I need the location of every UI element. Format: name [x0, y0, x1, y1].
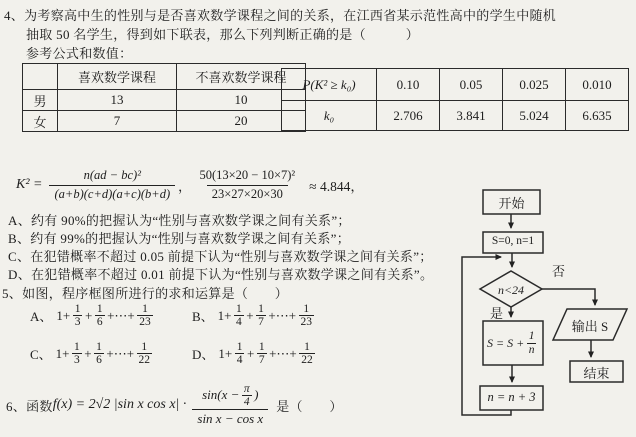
formula-approx: ≈ 4.844，: [309, 175, 364, 195]
output-label: 输出 S: [553, 316, 627, 335]
table-cell: [23, 64, 58, 90]
table-cell: 7: [58, 111, 177, 132]
table-cell: 0.05: [440, 69, 503, 101]
row-label: 女: [23, 111, 58, 132]
q6-fraction: sin(x − π4 ) sin x − cos x: [192, 383, 268, 427]
q6-prefix: 6、函数: [6, 396, 53, 415]
start-label: 开始: [483, 193, 540, 212]
table-row: k₀ 2.706 3.841 5.024 6.635: [282, 101, 629, 131]
q4-option-d: D、在犯错概率不超过 0.01 前提下认为“性别与喜欢数学课之间有关系”。: [8, 264, 433, 283]
critical-value-table: P(K² ≥ k₀) 0.10 0.05 0.025 0.010 k₀ 2.70…: [281, 68, 629, 131]
row-label: k₀: [282, 101, 377, 131]
q4-line3: 参考公式和数值：: [26, 43, 132, 62]
q6-function: f(x) = 2√2 |sin x cos x| ·: [53, 397, 187, 413]
fraction: 122: [299, 341, 315, 366]
table-row: 女 7 20: [23, 111, 306, 132]
formula-fraction-2: 50(13×20 − 10×7)² 23×27×20×30: [194, 168, 300, 202]
flowchart: 开始 S=0, n=1 n<24 否 是 S = S + 1n n = n + …: [440, 165, 636, 437]
q4-option-a: A、约有 90%的把握认为“性别与喜欢数学课之间有关系”；: [8, 210, 351, 229]
init-label: S=0, n=1: [483, 235, 543, 247]
question-5-prompt: 5、如图，程序框图所进行的求和运算是（ ）: [2, 283, 288, 302]
fraction: 14: [235, 341, 245, 366]
fraction: 123: [299, 303, 315, 328]
fraction: 17: [256, 303, 266, 328]
formula-fraction-1: n(ad − bc)² (a+b)(c+d)(a+c)(b+d): [49, 168, 175, 202]
q4-line1: 4、为考察高中生的性别与是否喜欢数学课程之间的关系，在江西省某示范性高中的学生中…: [4, 5, 556, 24]
fraction: 16: [95, 303, 105, 328]
pi-over-4-fraction: π4: [242, 383, 252, 408]
q4-line2: 抽取 50 名学生，得到如下联表，那么下列判断正确的是（ ）: [26, 24, 419, 43]
fraction: 122: [137, 341, 153, 366]
fraction: 13: [73, 303, 83, 328]
table-cell: 3.841: [440, 101, 503, 131]
q5-option-b: B、1+ 14 + 17 +⋯+ 123: [192, 303, 317, 328]
q5-option-d: D、1+ 14 + 17 +⋯+ 122: [192, 341, 317, 366]
end-label: 结束: [570, 363, 623, 382]
table-cell: 0.025: [503, 69, 566, 101]
q5-option-a: A、1+ 13 + 16 +⋯+ 123: [30, 303, 155, 328]
fraction: 123: [137, 303, 153, 328]
contingency-table: 喜欢数学课程 不喜欢数学课程 男 13 10 女 7 20: [22, 63, 306, 132]
condition-label: n<24: [480, 283, 542, 298]
table-cell: 0.10: [377, 69, 440, 101]
accumulate-label: S = S + 1n: [483, 321, 543, 365]
table-row: P(K² ≥ k₀) 0.10 0.05 0.025 0.010: [282, 69, 629, 101]
yes-label: 是: [490, 303, 503, 322]
table-cell: 5.024: [503, 101, 566, 131]
question-6: 6、函数 f(x) = 2√2 |sin x cos x| · sin(x − …: [6, 378, 343, 432]
row-label: 男: [23, 90, 58, 111]
table-header: P(K² ≥ k₀): [282, 69, 377, 101]
table-header: 喜欢数学课程: [58, 64, 177, 90]
one-over-n-fraction: 1n: [527, 330, 537, 355]
q6-suffix: 是（ ）: [276, 396, 343, 415]
table-cell: 13: [58, 90, 177, 111]
table-cell: 2.706: [377, 101, 440, 131]
fraction: 14: [234, 303, 244, 328]
no-label: 否: [552, 261, 565, 280]
fraction: 17: [257, 341, 267, 366]
table-cell: 6.635: [566, 101, 629, 131]
q4-option-c: C、在犯错概率不超过 0.05 前提下认为“性别与喜欢数学课之间有关系”；: [8, 246, 433, 265]
q4-option-b: B、约有 99%的把握认为“性别与喜欢数学课之间有关系”；: [8, 228, 350, 247]
k-squared-formula: K² = n(ad − bc)² (a+b)(c+d)(a+c)(b+d) ， …: [16, 163, 364, 207]
fraction: 16: [94, 341, 104, 366]
table-cell: 0.010: [566, 69, 629, 101]
table-row: 男 13 10: [23, 90, 306, 111]
fraction: 13: [72, 341, 82, 366]
formula-lhs: K² =: [16, 177, 42, 193]
q5-option-c: C、1+ 13 + 16 +⋯+ 122: [30, 341, 155, 366]
increment-label: n = n + 3: [480, 390, 543, 405]
arrow-no-branch: [542, 289, 595, 305]
exam-page: 4、为考察高中生的性别与是否喜欢数学课程之间的关系，在江西省某示范性高中的学生中…: [0, 0, 636, 437]
formula-separator: ，: [178, 176, 191, 195]
